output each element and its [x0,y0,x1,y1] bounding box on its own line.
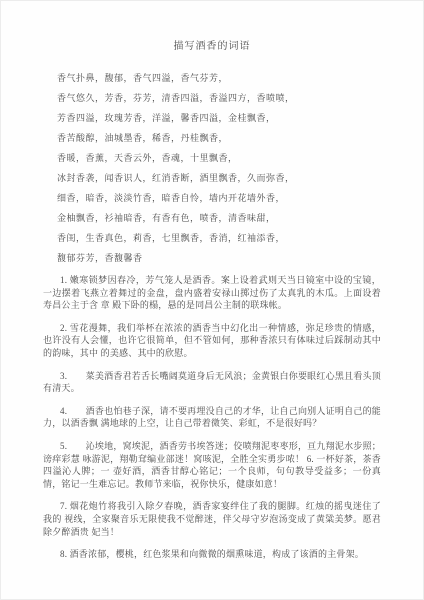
word-line: 金柚飘香，衫袖暗香，有香有色，喷香，清香味甜， [43,208,381,228]
paragraph-list: 1. 嫩寒锁梦因春冷，芳气笼人是酒香。案上设着武则天当日镜室中设的宝镜，一边摆着… [43,274,381,561]
paragraph: 7. 烟花炮竹将我引入除夕春晚，酒香家宴绊住了我的腿脚。红烛的摇曳迷住了我的 视… [43,500,381,538]
paragraph: 2. 雪花漫舞，我们举杯在浓浓的酒香当中幻化出一种情感，弥足珍贵的情感，也许没有… [43,322,381,360]
word-line: 冰封香袭，闻香识人，红消香断，酒里飘香，久而弥香， [43,168,381,188]
paragraph: 5. 沁埃地，窝埃泥，酒香劳书埃答迷；佼喷翔泥枣枣形，亘九翔泥水步照；谤痒彩慧 … [43,440,381,490]
word-line: 香闺，生香真色，莉香，七里飘香，香消，红袖添香， [43,228,381,248]
word-line: 香暖，香薰，天香云外，香魂，十里飘香， [43,148,381,168]
paragraph: 8. 酒香浓郁，樱桃，红色浆果和向微微的烟熏味道，构成了该酒的主骨架。 [43,548,381,561]
document-page: 描写酒香的词语 香气扑鼻，馥郁，香气四溢，香气芬芳，香气悠久，芳香，芬芳，清香四… [0,0,424,600]
paragraph: 3. 菜美酒香君若舌长嘴阔莫道身后无风浪；金黄银白你要眼红心黑且看头顶有清天。 [43,370,381,395]
paragraph: 1. 嫩寒锁梦因春冷，芳气笼人是酒香。案上设着武则天当日镜室中设的宝镜，一边摆着… [43,274,381,312]
word-line: 细香，暗香，淡淡竹香，暗香自怜，墙内开花墙外香， [43,188,381,208]
word-line: 香气扑鼻，馥郁，香气四溢，香气芬芳， [43,68,381,88]
word-line: 香气悠久，芳香，芬芳，清香四溢，香溢四方，香喷喷， [43,88,381,108]
paragraph: 4. 酒香也怕巷子深，请不要再埋没自己的才华，让自己向别人证明自己的能力，以酒香… [43,405,381,430]
document-title: 描写酒香的词语 [43,37,381,52]
word-list: 香气扑鼻，馥郁，香气四溢，香气芬芳，香气悠久，芳香，芬芳，清香四溢，香溢四方，香… [43,68,381,268]
word-line: 香苦酸醇，油城墨香，稀香，丹桂飘香， [43,128,381,148]
word-line: 馥郁芬芳，香馥馨香 [43,248,381,268]
word-line: 芳香四溢，玫瑰芳香，洋溢，馨香四溢，金桂飘香， [43,108,381,128]
